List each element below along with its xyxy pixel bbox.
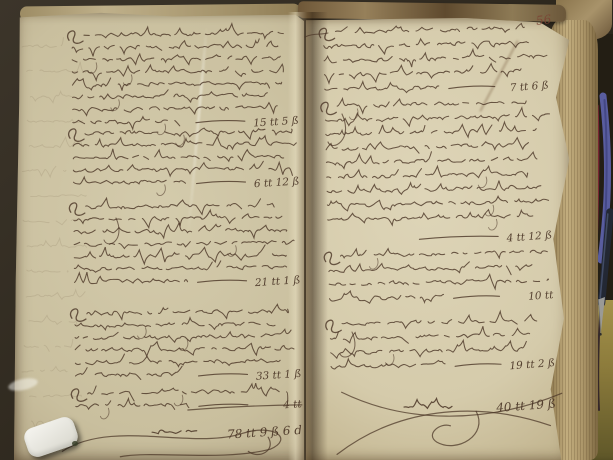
book-gutter-shadow <box>288 12 330 460</box>
photo-open-manuscript-book: 15 tt 5 ß6 tt 12 ß21 tt 1 ß33 tt 1 ß4 tt… <box>0 0 613 460</box>
folio-number: 56 <box>535 12 552 28</box>
dark-speck <box>72 441 78 446</box>
left-page <box>14 12 304 460</box>
right-page <box>306 18 572 460</box>
